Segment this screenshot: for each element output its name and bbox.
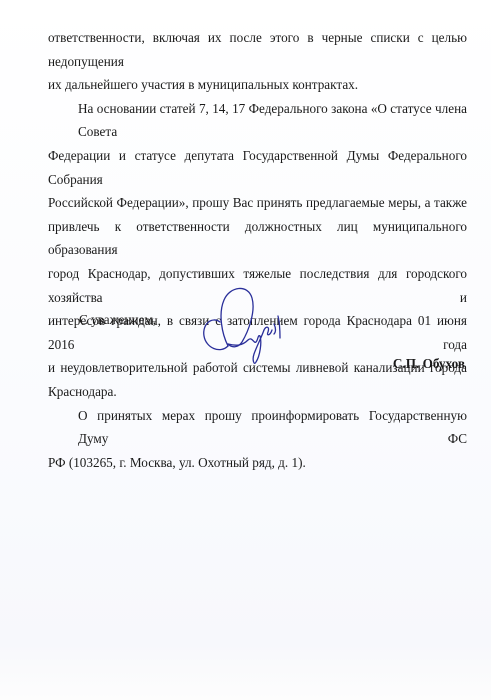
text-line: О принятых мерах прошу проинформировать … [48, 404, 467, 451]
text-line: РФ (103265, г. Москва, ул. Охотный ряд, … [48, 451, 467, 475]
handwritten-signature-icon [198, 284, 294, 368]
letter-body: ответственности, включая их после этого … [48, 26, 467, 474]
text-line: привлечь к ответственности должностных л… [48, 215, 467, 262]
text-line: Федерации и статусе депутата Государстве… [48, 144, 467, 191]
text-line: Российской Федерации», прошу Вас принять… [48, 191, 467, 215]
closing-salutation: С уважением, [79, 312, 156, 328]
document-page: ответственности, включая их после этого … [0, 0, 491, 700]
text-line: их дальнейшего участия в муниципальных к… [48, 73, 467, 97]
text-line: На основании статей 7, 14, 17 Федерально… [48, 97, 467, 144]
paragraph-1: ответственности, включая их после этого … [48, 26, 467, 97]
text-line: Краснодара. [48, 380, 467, 404]
text-line: ответственности, включая их после этого … [48, 26, 467, 73]
paragraph-3: О принятых мерах прошу проинформировать … [48, 404, 467, 475]
signatory-name: С.П. Обухов [393, 356, 465, 372]
